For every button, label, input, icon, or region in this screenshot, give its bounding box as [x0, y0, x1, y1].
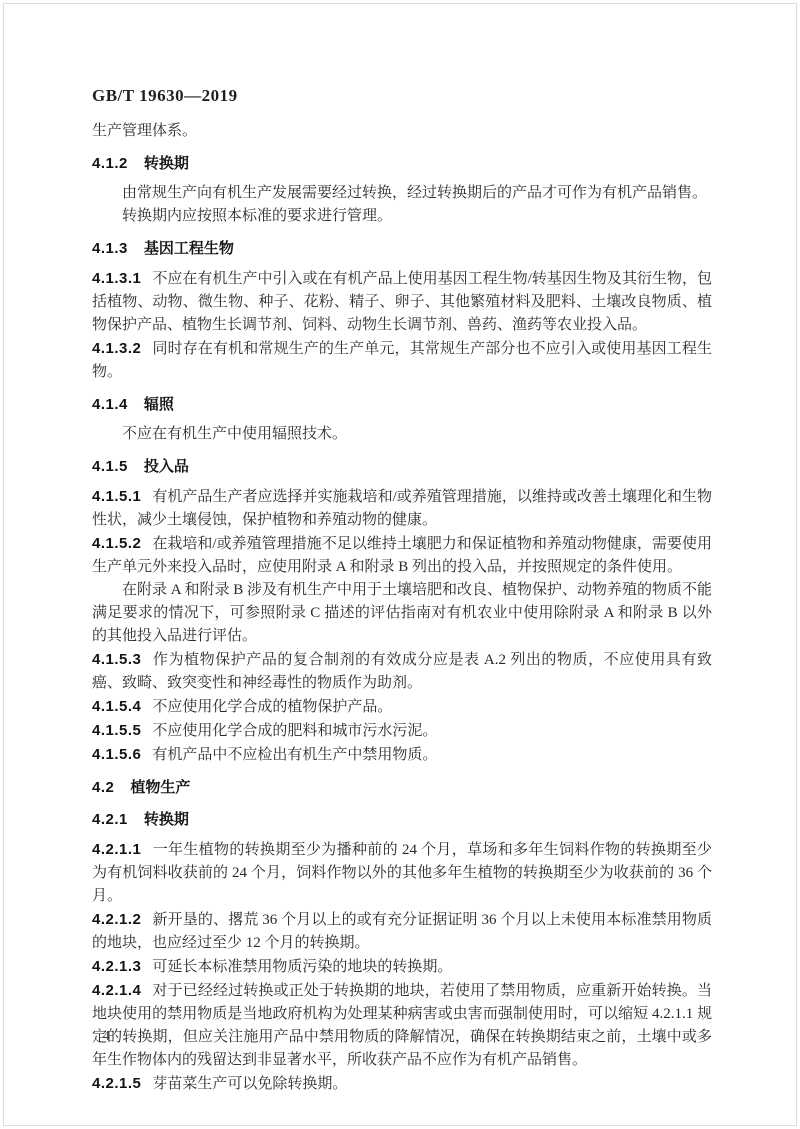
clause-paragraph: 4.2.1.2新开垦的、撂荒 36 个月以上的或有充分证据证明 36 个月以上未…: [92, 908, 712, 955]
paragraph: 由常规生产向有机生产发展需要经过转换，经过转换期后的产品才可作为有机产品销售。: [92, 182, 712, 205]
clause-text: 对于已经经过转换或正处于转换期的地块，若使用了禁用物质，应重新开始转换。当地块使…: [92, 983, 712, 1068]
clause-number: 4.2: [92, 779, 114, 796]
clause-paragraph: 4.1.5.3作为植物保护产品的复合制剂的有效成分应是表 A.2 列出的物质，不…: [92, 648, 712, 695]
clause-paragraph: 4.1.5.5不应使用化学合成的肥料和城市污水污泥。: [92, 719, 712, 743]
clause-text: 不应使用化学合成的植物保护产品。: [152, 699, 392, 715]
clause-text: 作为植物保护产品的复合制剂的有效成分应是表 A.2 列出的物质，不应使用具有致癌…: [92, 652, 712, 691]
clause-title: 植物生产: [130, 779, 190, 796]
clause-number: 4.1.5.2: [92, 535, 141, 552]
paragraph-continuation: 生产管理体系。: [92, 120, 712, 143]
clause-title: 转换期: [144, 811, 189, 828]
paragraph: 转换期内应按照本标准的要求进行管理。: [92, 205, 712, 228]
clause-text: 芽苗菜生产可以免除转换期。: [152, 1076, 347, 1092]
clause-number: 4.1.5.5: [92, 722, 141, 739]
paragraph: 在附录 A 和附录 B 涉及有机生产中用于土壤培肥和改良、植物保护、动物养殖的物…: [92, 579, 712, 648]
standard-number-header: GB/T 19630—2019: [92, 84, 712, 108]
clause-text: 不应使用化学合成的肥料和城市污水污泥。: [152, 723, 437, 739]
clause-number: 4.1.5.6: [92, 746, 141, 763]
clause-text: 可延长本标准禁用物质污染的地块的转换期。: [152, 959, 452, 975]
clause-number: 4.2.1.4: [92, 982, 141, 999]
clause-title: 转换期: [144, 155, 189, 172]
clause-text: 新开垦的、撂荒 36 个月以上的或有充分证据证明 36 个月以上未使用本标准禁用…: [92, 912, 712, 951]
clause-number: 4.2.1.3: [92, 958, 141, 975]
clause-number: 4.1.5.1: [92, 488, 141, 505]
clause-number: 4.1.4: [92, 396, 128, 413]
clause-text: 有机产品生产者应选择并实施栽培和/或养殖管理措施，以维持或改善土壤理化和生物性状…: [92, 489, 712, 528]
clause-heading-4-2: 4.2植物生产: [92, 776, 712, 799]
clause-text: 有机产品中不应检出有机生产中禁用物质。: [152, 747, 437, 763]
clause-number: 4.2.1: [92, 811, 128, 828]
clause-paragraph: 4.2.1.5芽苗菜生产可以免除转换期。: [92, 1072, 712, 1096]
clause-paragraph: 4.2.1.1一年生植物的转换期至少为播种前的 24 个月，草场和多年生饲料作物…: [92, 838, 712, 908]
page-number: 4: [103, 1027, 110, 1045]
page-content: GB/T 19630—2019 生产管理体系。 4.1.2转换期 由常规生产向有…: [92, 84, 712, 1096]
clause-paragraph: 4.2.1.4对于已经经过转换或正处于转换期的地块，若使用了禁用物质，应重新开始…: [92, 979, 712, 1072]
clause-number: 4.2.1.5: [92, 1075, 141, 1092]
clause-heading-4-1-4: 4.1.4辐照: [92, 393, 712, 416]
clause-paragraph: 4.1.5.2在栽培和/或养殖管理措施不足以维持土壤肥力和保证植物和养殖动物健康…: [92, 532, 712, 579]
clause-title: 辐照: [144, 396, 174, 413]
clause-paragraph: 4.1.3.2同时存在有机和常规生产的生产单元，其常规生产部分也不应引入或使用基…: [92, 337, 712, 384]
paragraph: 不应在有机生产中使用辐照技术。: [92, 423, 712, 446]
clause-paragraph: 4.2.1.3可延长本标准禁用物质污染的地块的转换期。: [92, 955, 712, 979]
clause-text: 一年生植物的转换期至少为播种前的 24 个月，草场和多年生饲料作物的转换期至少为…: [92, 842, 712, 904]
clause-title: 基因工程生物: [144, 240, 234, 257]
clause-number: 4.1.3.1: [92, 270, 141, 287]
clause-number: 4.2.1.1: [92, 841, 141, 858]
clause-number: 4.1.3.2: [92, 340, 141, 357]
clause-paragraph: 4.1.3.1不应在有机生产中引入或在有机产品上使用基因工程生物/转基因生物及其…: [92, 267, 712, 337]
clause-number: 4.1.3: [92, 240, 128, 257]
clause-text: 同时存在有机和常规生产的生产单元，其常规生产部分也不应引入或使用基因工程生物。: [92, 341, 712, 380]
clause-paragraph: 4.1.5.1有机产品生产者应选择并实施栽培和/或养殖管理措施，以维持或改善土壤…: [92, 485, 712, 532]
clause-number: 4.1.5.3: [92, 651, 141, 668]
clause-paragraph: 4.1.5.6有机产品中不应检出有机生产中禁用物质。: [92, 743, 712, 767]
clause-text: 在栽培和/或养殖管理措施不足以维持土壤肥力和保证植物和养殖动物健康，需要使用生产…: [92, 536, 712, 575]
clause-heading-4-2-1: 4.2.1转换期: [92, 808, 712, 831]
clause-number: 4.1.5: [92, 458, 128, 475]
document-page: GB/T 19630—2019 生产管理体系。 4.1.2转换期 由常规生产向有…: [0, 0, 800, 1129]
clause-paragraph: 4.1.5.4不应使用化学合成的植物保护产品。: [92, 695, 712, 719]
clause-number: 4.2.1.2: [92, 911, 141, 928]
clause-number: 4.1.2: [92, 155, 128, 172]
clause-heading-4-1-3: 4.1.3基因工程生物: [92, 237, 712, 260]
clause-heading-4-1-5: 4.1.5投入品: [92, 455, 712, 478]
clause-heading-4-1-2: 4.1.2转换期: [92, 152, 712, 175]
clause-text: 不应在有机生产中引入或在有机产品上使用基因工程生物/转基因生物及其衍生物，包括植…: [92, 271, 712, 333]
clause-title: 投入品: [144, 458, 189, 475]
clause-number: 4.1.5.4: [92, 698, 141, 715]
